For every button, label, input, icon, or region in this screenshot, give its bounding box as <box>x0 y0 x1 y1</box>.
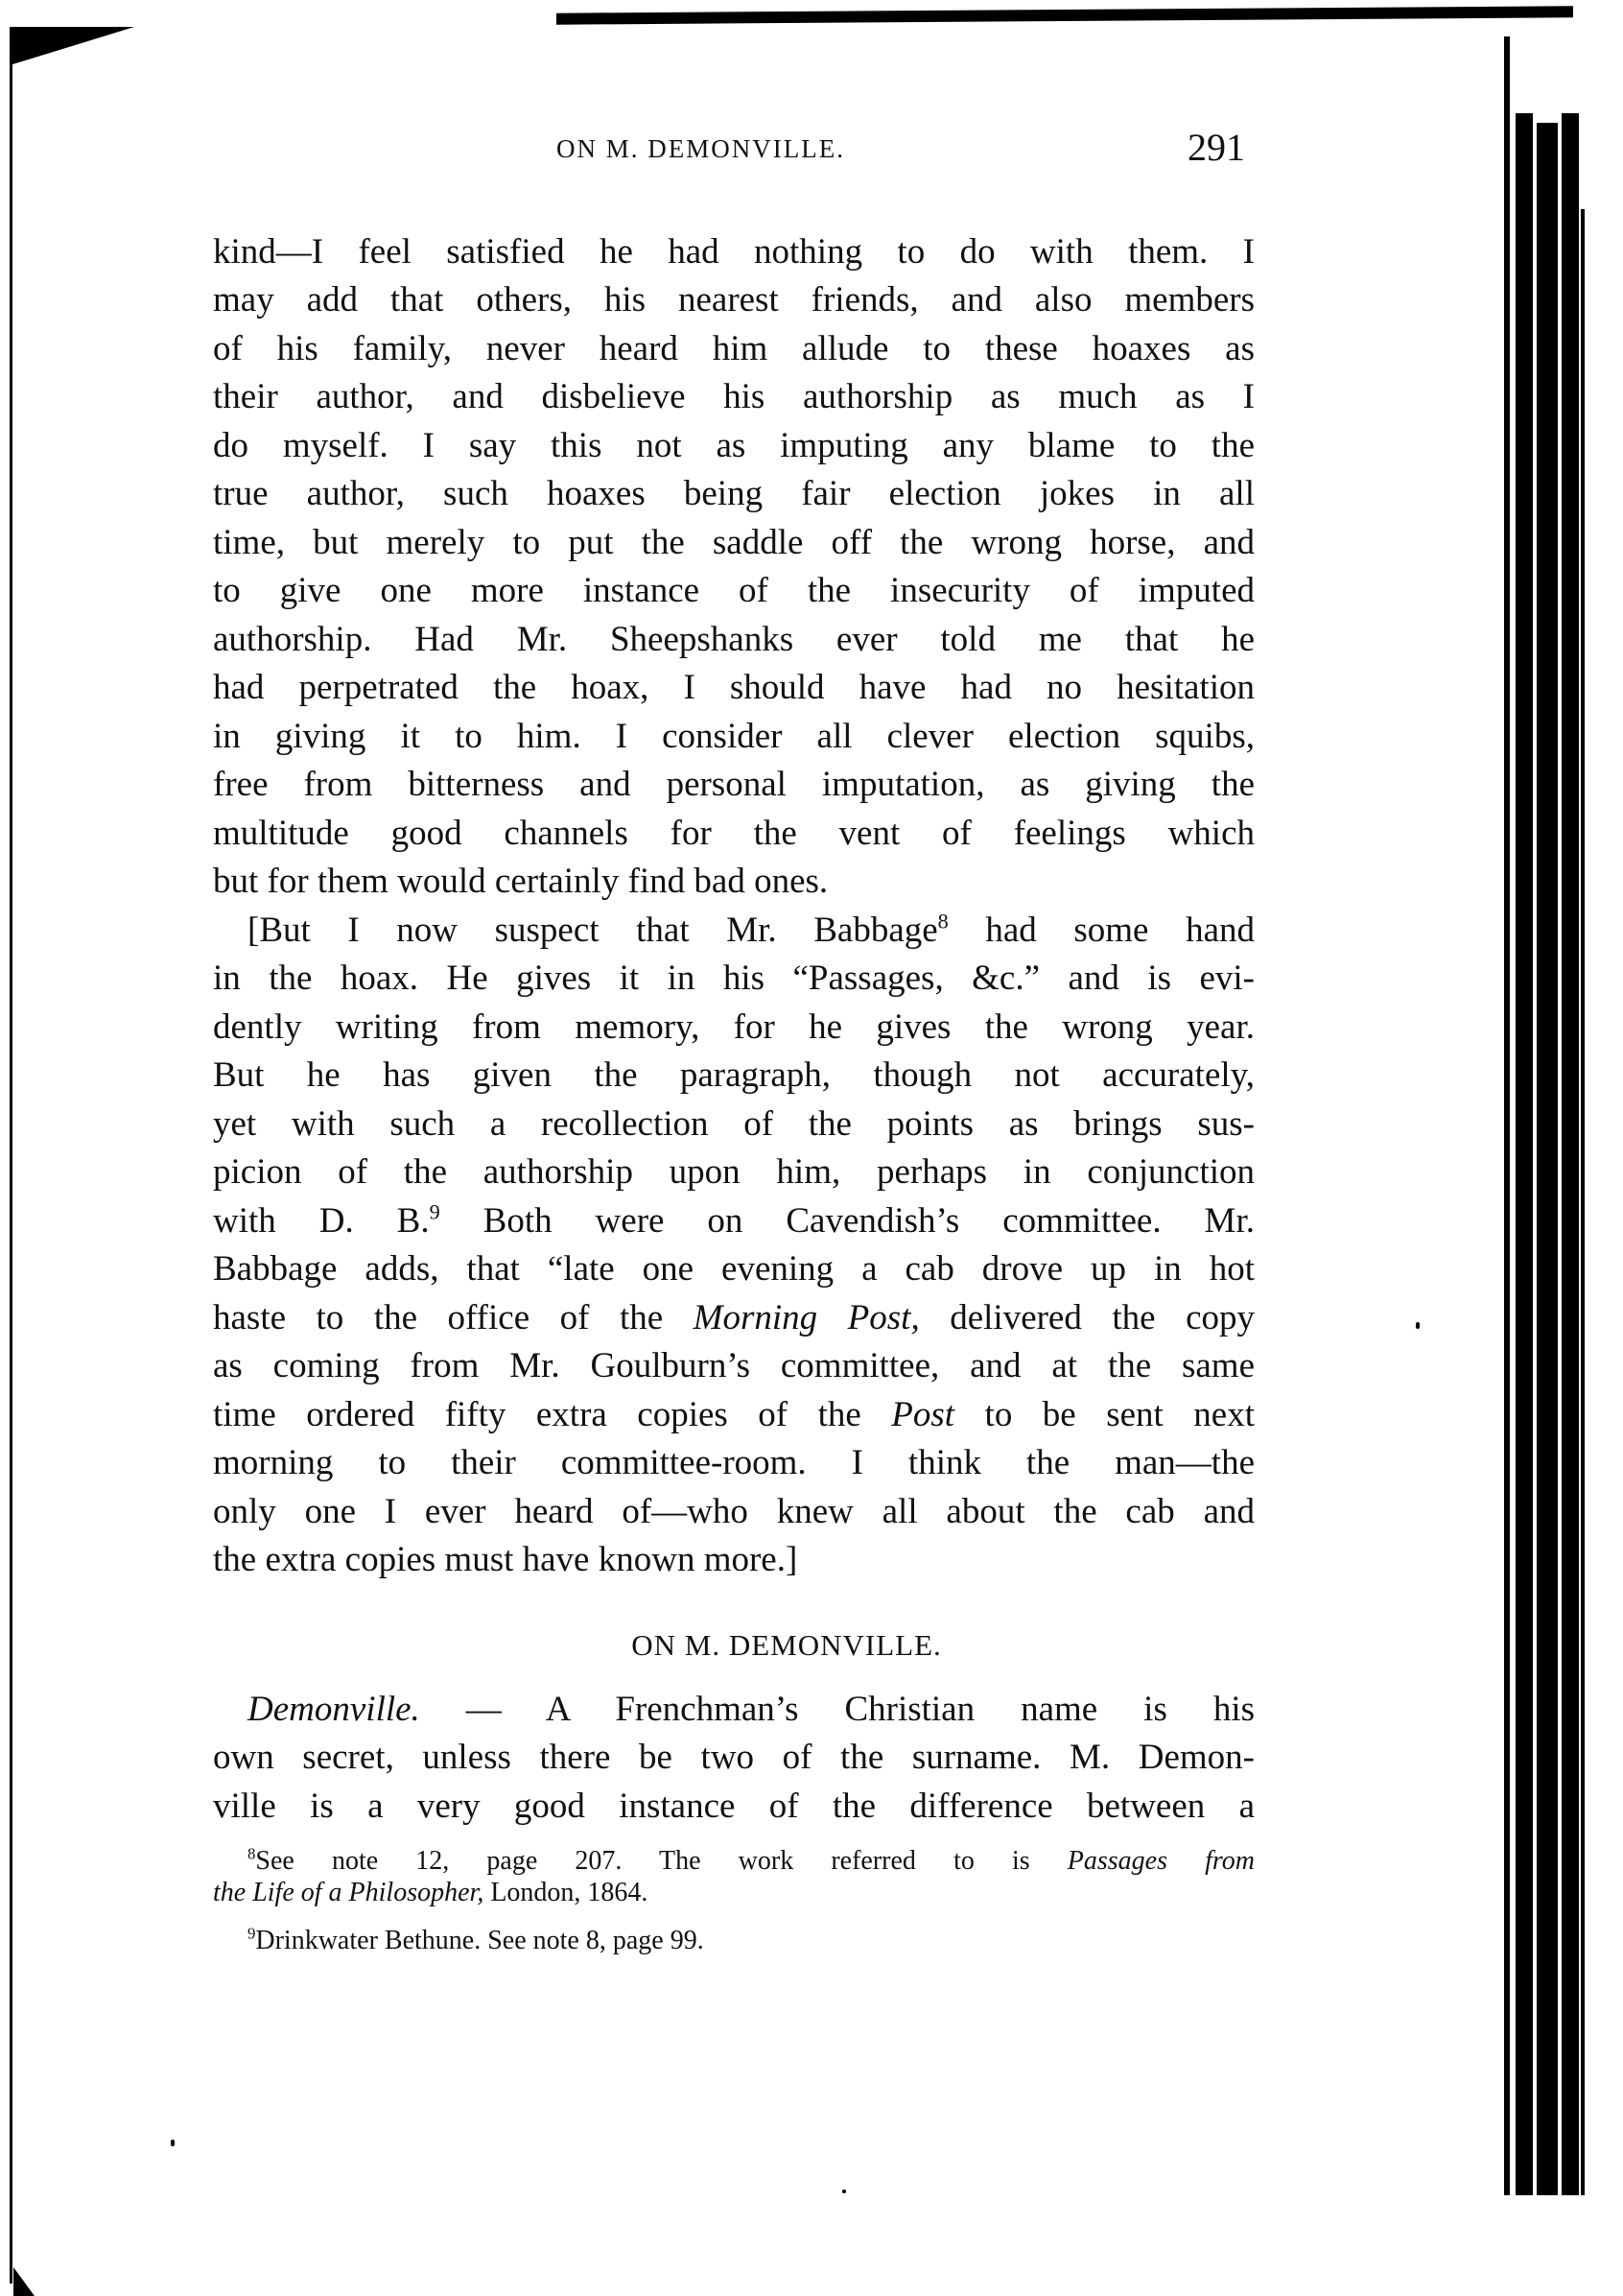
scan-top-edge-shadow <box>556 6 1573 24</box>
body-line: do myself. I say this not as imputing an… <box>213 422 1255 470</box>
footnote-8: 8See note 12, page 207. The work referre… <box>247 1844 1255 1879</box>
body-line: But he has given the paragraph, though n… <box>213 1052 1255 1100</box>
body-line: time, but merely to put the saddle off t… <box>213 519 1255 567</box>
footnote-8-continued: the Life of a Philosopher, London, 1864. <box>213 1876 647 1910</box>
body-line: dently writing from memory, for he gives… <box>213 1004 1255 1052</box>
body-line: Babbage adds, that “late one evening a c… <box>213 1245 1255 1293</box>
body-line: authorship. Had Mr. Sheepshanks ever tol… <box>213 616 1255 664</box>
footnote-9: 9Drinkwater Bethune. See note 8, page 99… <box>247 1924 704 1958</box>
body-line: time ordered fifty extra copies of the P… <box>213 1391 1255 1439</box>
scan-left-edge <box>10 58 12 2284</box>
body-line: free from bitterness and personal imputa… <box>213 761 1255 809</box>
body-line: but for them would certainly find bad on… <box>213 858 1255 906</box>
scan-speck <box>171 2140 175 2146</box>
page-number: 291 <box>1188 125 1245 170</box>
body-line: may add that others, his nearest friends… <box>213 276 1255 324</box>
body-line: as coming from Mr. Goulburn’s committee,… <box>213 1342 1255 1390</box>
body-line: in the hoax. He gives it in his “Passage… <box>213 955 1255 1003</box>
section-heading: ON M. DEMONVILLE. <box>518 1628 1055 1663</box>
body-line: picion of the authorship upon him, perha… <box>213 1148 1255 1196</box>
scanned-book-page: ON M. DEMONVILLE. 291 kind—I feel satisf… <box>0 0 1623 2296</box>
footnote-ref-8[interactable]: 8 <box>938 910 949 934</box>
body-line: ville is a very good instance of the dif… <box>213 1783 1255 1831</box>
scan-corner-top-left <box>10 27 134 65</box>
body-line: [But I now suspect that Mr. Babbage8 had… <box>247 907 1255 955</box>
body-line: morning to their committee-room. I think… <box>213 1439 1255 1487</box>
scan-speck <box>1416 1322 1420 1329</box>
body-line: of his family, never heard him allude to… <box>213 325 1255 373</box>
book-spine-edge <box>1504 17 1587 2195</box>
footnote-ref-9[interactable]: 9 <box>430 1200 440 1224</box>
body-line: yet with such a recollection of the poin… <box>213 1101 1255 1148</box>
body-line: haste to the office of the Morning Post,… <box>213 1294 1255 1342</box>
body-line: their author, and disbelieve his authors… <box>213 373 1255 421</box>
body-line: Demonville. — A Frenchman’s Christian na… <box>247 1686 1255 1734</box>
scan-corner-bottom-left <box>13 2267 35 2296</box>
scan-speck <box>842 2189 846 2193</box>
body-line: true author, such hoaxes being fair elec… <box>213 470 1255 518</box>
body-line: own secret, unless there be two of the s… <box>213 1734 1255 1782</box>
body-line: had perpetrated the hoax, I should have … <box>213 664 1255 712</box>
body-line: the extra copies must have known more.] <box>213 1536 1255 1584</box>
body-line: kind—I feel satisfied he had nothing to … <box>213 228 1255 276</box>
body-line: with D. B.9 Both were on Cavendish’s com… <box>213 1197 1255 1245</box>
body-line: only one I ever heard of—who knew all ab… <box>213 1488 1255 1536</box>
body-line: to give one more instance of the insecur… <box>213 567 1255 615</box>
body-line: in giving it to him. I consider all clev… <box>213 713 1255 761</box>
running-head: ON M. DEMONVILLE. <box>556 134 845 164</box>
body-line: multitude good channels for the vent of … <box>213 810 1255 858</box>
